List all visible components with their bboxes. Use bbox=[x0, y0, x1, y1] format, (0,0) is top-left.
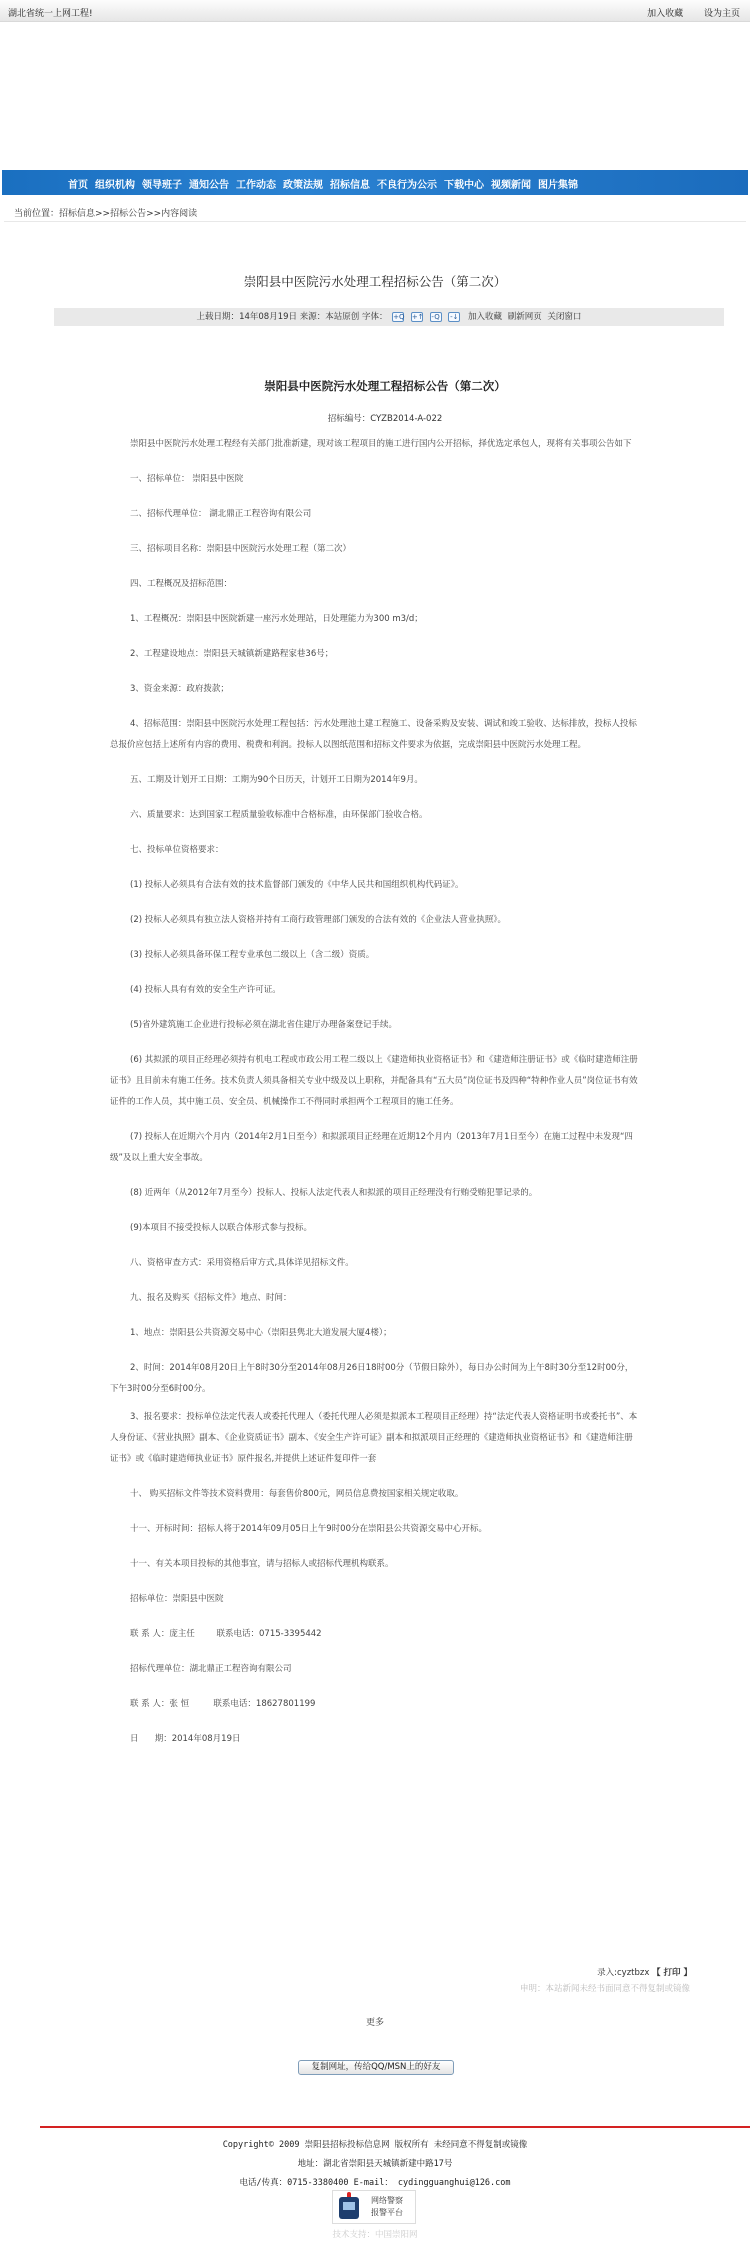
more-link[interactable]: 更多 bbox=[0, 2015, 750, 2028]
req-4: (4) 投标人具有有效的安全生产许可证。 bbox=[110, 980, 640, 1001]
section-4-1: 1、工程概况：崇阳县中医院新建一座污水处理站，日处理能力为300 m3/d； bbox=[110, 609, 640, 630]
divider bbox=[4, 221, 746, 222]
footer-contact: 电话/传真：0715-3380400 E-mail： cydingguanghu… bbox=[0, 2176, 750, 2188]
intro-paragraph: 崇阳县中医院污水处理工程经有关部门批准新建，现对该工程项目的施工进行国内公开招标… bbox=[110, 434, 640, 455]
source: 本站原创 bbox=[325, 312, 359, 322]
disclaimer: 申明：本站新闻未经书面同意不得复制或镜像 bbox=[520, 1982, 690, 1994]
footer-address: 地址：湖北省崇阳县天城镇新建中路17号 bbox=[0, 2157, 750, 2169]
req-1: (1) 投标人必须具有合法有效的技术监督部门颁发的《中华人民共和国组织机构代码证… bbox=[110, 875, 640, 896]
nav-item-organization[interactable]: 组织机构 bbox=[95, 176, 135, 191]
police-badge-line1: 网络警察 bbox=[371, 2195, 403, 2207]
section-9-signup: 3、报名要求：投标单位法定代表人或委托代理人（委托代理人必须是拟派本工程项目正经… bbox=[110, 1407, 640, 1470]
main-nav: 首页 组织机构 领导班子 通知公告 工作动态 政策法规 招标信息 不良行为公示 … bbox=[2, 170, 748, 195]
font-smaller-icon[interactable]: -↓ bbox=[448, 312, 460, 322]
nav-item-downloads[interactable]: 下载中心 bbox=[444, 176, 484, 191]
section-9-place: 1、地点：崇阳县公共资源交易中心（崇阳县隽北大道发展大厦4楼）； bbox=[110, 1323, 640, 1344]
contact-line: 招标代理单位：湖北鼎正工程咨询有限公司 bbox=[110, 1659, 640, 1680]
nav-item-leadership[interactable]: 领导班子 bbox=[142, 176, 182, 191]
footer-copyright: Copyright© 2009 崇阳县招标投标信息网 版权所有 未经同意不得复制… bbox=[0, 2138, 750, 2150]
site-slogan: 湖北省统一上网工程! bbox=[8, 6, 93, 19]
section-1: 一、招标单位： 崇阳县中医院 bbox=[110, 469, 640, 490]
section-5: 五、工期及计划开工日期：工期为90个日历天，计划开工日期为2014年9月。 bbox=[110, 770, 640, 791]
section-3: 三、招标项目名称：崇阳县中医院污水处理工程（第二次） bbox=[110, 539, 640, 560]
add-favorite-link[interactable]: 加入收藏 bbox=[647, 9, 683, 19]
font-larger-icon[interactable]: +↑ bbox=[411, 312, 423, 322]
section-9: 九、报名及购买《招标文件》地点、时间： bbox=[110, 1288, 640, 1309]
contact-line: 联 系 人：张 恒 联系电话：18627801199 bbox=[110, 1694, 640, 1715]
section-4-3: 3、资金来源：政府拨款； bbox=[110, 679, 640, 700]
req-9: (9)本项目不接受投标人以联合体形式参与投标。 bbox=[110, 1218, 640, 1239]
section-6: 六、质量要求：达到国家工程质量验收标准中合格标准，由环保部门验收合格。 bbox=[110, 805, 640, 826]
recorder-label: 录入:cyztbzx bbox=[597, 1968, 649, 1978]
breadcrumb: 当前位置：招标信息>>招标公告>>内容阅读 bbox=[14, 206, 197, 219]
police-badge-line2: 报警平台 bbox=[371, 2207, 403, 2219]
section-7: 七、投标单位资格要求： bbox=[110, 840, 640, 861]
nav-item-gallery[interactable]: 图片集锦 bbox=[538, 176, 578, 191]
set-homepage-link[interactable]: 设为主页 bbox=[704, 9, 740, 19]
section-4: 四、工程概况及招标范围： bbox=[110, 574, 640, 595]
refresh-button[interactable]: 刷新网页 bbox=[508, 312, 542, 322]
req-8: (8) 近两年（从2012年7月至今）投标人、投标人法定代表人和拟派的项目正经理… bbox=[110, 1183, 640, 1204]
zoom-in-icon[interactable]: +Q bbox=[392, 312, 404, 322]
close-window-button[interactable]: 关闭窗口 bbox=[547, 312, 581, 322]
footer-divider bbox=[40, 2126, 750, 2128]
article-body: 崇阳县中医院污水处理工程招标公告（第二次） 招标编号：CYZB2014-A-02… bbox=[110, 378, 640, 1750]
nav-item-video[interactable]: 视频新闻 bbox=[491, 176, 531, 191]
section-4-4: 4、招标范围：崇阳县中医院污水处理工程包括：污水处理池土建工程施工、设备采购及安… bbox=[110, 714, 640, 756]
section-10: 十、 购买招标文件等技术资料费用：每套售价800元，网员信息费按国家相关规定收取… bbox=[110, 1484, 640, 1505]
nav-item-misconduct[interactable]: 不良行为公示 bbox=[377, 176, 437, 191]
section-11-contact: 十一、有关本项目投标的其他事宜，请与招标人或招标代理机构联系。 bbox=[110, 1554, 640, 1575]
section-8: 八、资格审查方式：采用资格后审方式,具体详见招标文件。 bbox=[110, 1253, 640, 1274]
nav-item-work-news[interactable]: 工作动态 bbox=[236, 176, 276, 191]
tech-support: 技术支持：中国崇阳网 bbox=[0, 2228, 750, 2240]
top-links: 加入收藏 设为主页 bbox=[629, 6, 740, 19]
section-4-2: 2、工程建设地点：崇阳县天城镇新建路程家巷36号； bbox=[110, 644, 640, 665]
nav-item-notices[interactable]: 通知公告 bbox=[189, 176, 229, 191]
contact-line: 日 期：2014年08月19日 bbox=[110, 1729, 640, 1750]
req-3: (3) 投标人必须具备环保工程专业承包二级以上（含二级）资质。 bbox=[110, 945, 640, 966]
copy-url-button[interactable]: 复制网址，传给QQ/MSN上的好友 bbox=[298, 2060, 454, 2075]
source-label: 来源： bbox=[300, 312, 326, 322]
article-info-bar: 上载日期：14年08月19日 来源：本站原创 字体： +Q +↑ -Q -↓ 加… bbox=[54, 308, 724, 326]
page-title: 崇阳县中医院污水处理工程招标公告（第二次） bbox=[0, 272, 750, 290]
upload-date-label: 上载日期： bbox=[197, 312, 240, 322]
contact-line: 联 系 人：庞主任 联系电话：0715-3395442 bbox=[110, 1624, 640, 1645]
req-7: (7) 投标人在近期六个月内（2014年2月1日至今）和拟派项目正经理在近期12… bbox=[110, 1127, 640, 1169]
font-label: 字体： bbox=[362, 312, 388, 322]
recorder-info: 录入:cyztbzx 【 打印 】 bbox=[597, 1966, 692, 1978]
article-title: 崇阳县中医院污水处理工程招标公告（第二次） bbox=[130, 378, 640, 394]
upload-date: 14年08月19日 bbox=[239, 312, 297, 322]
req-5: (5)省外建筑施工企业进行投标必须在湖北省住建厅办理备案登记手续。 bbox=[110, 1015, 640, 1036]
police-car-icon bbox=[339, 2197, 359, 2219]
contact-line: 招标单位：崇阳县中医院 bbox=[110, 1589, 640, 1610]
print-button[interactable]: 【 打印 】 bbox=[652, 1968, 692, 1978]
req-6: (6) 其拟派的项目正经理必须持有机电工程或市政公用工程二级以上《建造师执业资格… bbox=[110, 1050, 640, 1113]
section-2: 二、招标代理单位： 湖北鼎正工程咨询有限公司 bbox=[110, 504, 640, 525]
section-11-opening: 十一、开标时间：招标人将于2014年09月05日上午9时00分在崇阳县公共资源交… bbox=[110, 1519, 640, 1540]
section-9-time: 2、时间：2014年08月20日上午8时30分至2014年08月26日18时00… bbox=[110, 1358, 640, 1400]
nav-item-bidding[interactable]: 招标信息 bbox=[330, 176, 370, 191]
nav-item-home[interactable]: 首页 bbox=[68, 176, 88, 191]
nav-item-policies[interactable]: 政策法规 bbox=[283, 176, 323, 191]
police-report-badge[interactable]: 网络警察 报警平台 bbox=[332, 2190, 416, 2224]
add-favorite-button[interactable]: 加入收藏 bbox=[468, 312, 502, 322]
top-bar: 湖北省统一上网工程! 加入收藏 设为主页 bbox=[0, 0, 750, 22]
zoom-out-icon[interactable]: -Q bbox=[430, 312, 442, 322]
bid-number: 招标编号：CYZB2014-A-022 bbox=[130, 412, 640, 424]
req-2: (2) 投标人必须具有独立法人资格并持有工商行政管理部门颁发的合法有效的《企业法… bbox=[110, 910, 640, 931]
